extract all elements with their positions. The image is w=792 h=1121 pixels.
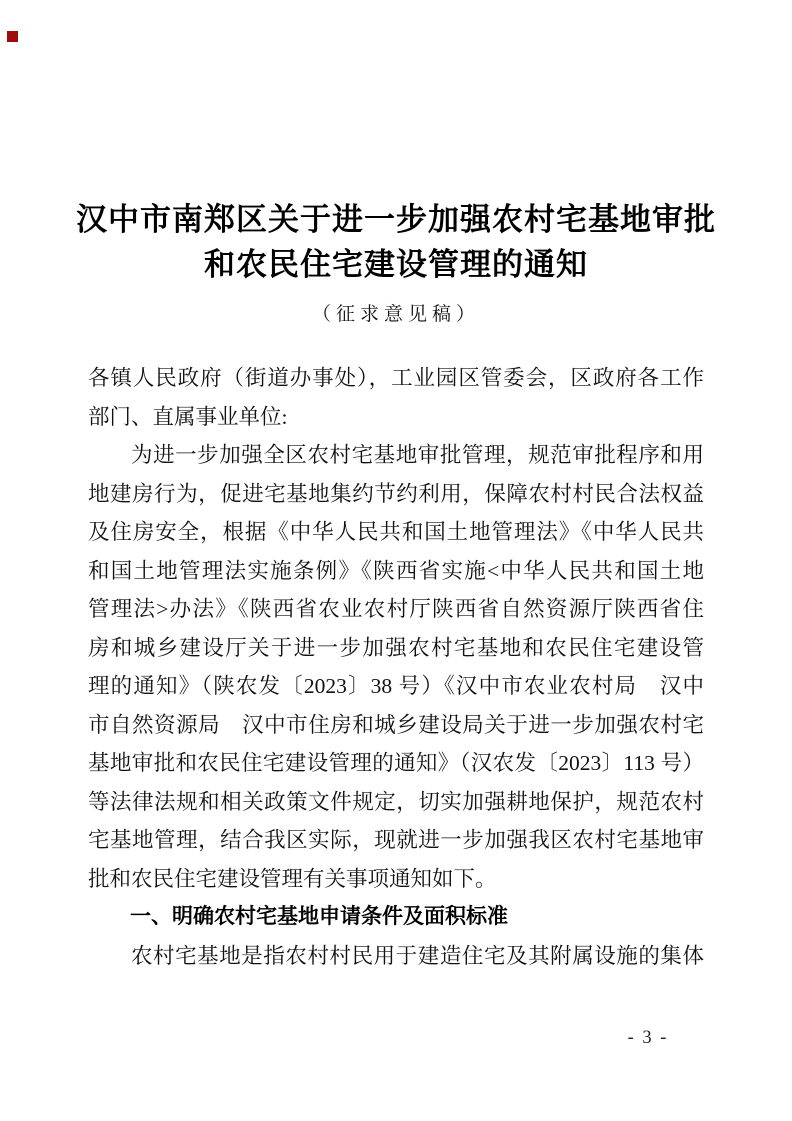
document-subtitle: （征求意见稿）: [0, 299, 792, 326]
body-line: 和国土地管理法实施条例》《陕西省实施<中华人民共和国土地: [88, 552, 704, 591]
body-line: 市自然资源局 汉中市住房和城乡建设局关于进一步加强农村宅: [88, 706, 704, 745]
body-line: 批和农民住宅建设管理有关事项通知如下。: [88, 860, 704, 899]
body-line: 农村宅基地是指农村村民用于建造住宅及其附属设施的集体: [88, 937, 704, 976]
body-line: 等法律法规和相关政策文件规定，切实加强耕地保护，规范农村: [88, 783, 704, 822]
body-line: 宅基地管理，结合我区实际，现就进一步加强我区农村宅基地审: [88, 821, 704, 860]
body-line: 理的通知》（陕农发〔2023〕38 号）《汉中市农业农村局 汉中: [88, 667, 704, 706]
body-line: 管理法>办法》《陕西省农业农村厅陕西省自然资源厅陕西省住: [88, 590, 704, 629]
body-line: 房和城乡建设厅关于进一步加强农村宅基地和农民住宅建设管: [88, 629, 704, 668]
document-title: 汉中市南郑区关于进一步加强农村宅基地审批 和农民住宅建设管理的通知: [0, 197, 792, 287]
body-line: 及住房安全，根据《中华人民共和国土地管理法》《中华人民共: [88, 513, 704, 552]
body-line: 为进一步加强全区农村宅基地审批管理，规范审批程序和用: [88, 436, 704, 475]
section-heading: 一、明确农村宅基地申请条件及面积标准: [88, 898, 704, 937]
red-corner-mark: [7, 31, 18, 42]
body-line: 地建房行为，促进宅基地集约节约利用，保障农村村民合法权益: [88, 475, 704, 514]
document-body: 各镇人民政府（街道办事处），工业园区管委会，区政府各工作 部门、直属事业单位: …: [88, 359, 704, 975]
body-line: 基地审批和农民住宅建设管理的通知》（汉农发〔2023〕113 号）: [88, 744, 704, 783]
body-line: 部门、直属事业单位:: [88, 398, 704, 437]
document-title-line1: 汉中市南郑区关于进一步加强农村宅基地审批: [0, 197, 792, 242]
body-line: 各镇人民政府（街道办事处），工业园区管委会，区政府各工作: [88, 359, 704, 398]
document-page: 汉中市南郑区关于进一步加强农村宅基地审批 和农民住宅建设管理的通知 （征求意见稿…: [0, 0, 792, 1121]
page-number: - 3 -: [576, 1028, 720, 1049]
document-title-line2: 和农民住宅建设管理的通知: [0, 242, 792, 287]
